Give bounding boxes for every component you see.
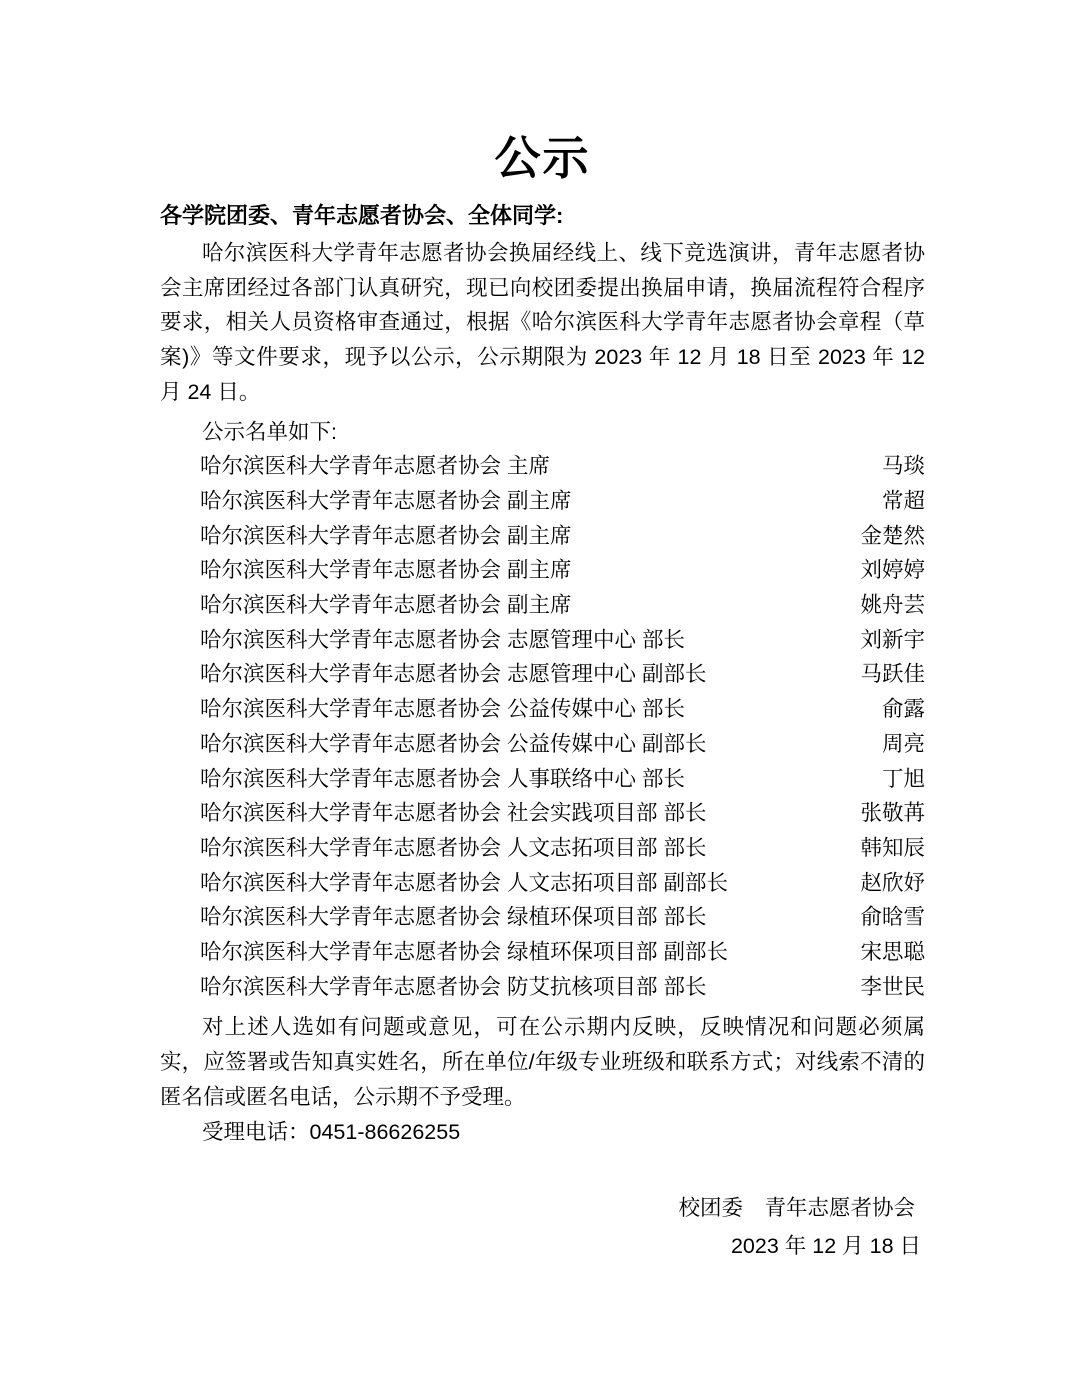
roster-row: 哈尔滨医科大学青年志愿者协会 公益传媒中心 部长 俞露	[160, 692, 925, 727]
roster-name: 宋思聪	[860, 935, 925, 970]
roster-row: 哈尔滨医科大学青年志愿者协会 防艾抗核项目部 部长 李世民	[160, 970, 925, 1005]
roster-name: 赵欣妤	[860, 866, 925, 901]
roster-position: 哈尔滨医科大学青年志愿者协会 社会实践项目部 部长	[200, 796, 706, 831]
feedback-paragraph: 对上述人选如有问题或意见，可在公示期内反映，反映情况和问题必须属实，应签署或告知…	[160, 1010, 925, 1114]
roster-position: 哈尔滨医科大学青年志愿者协会 副主席	[200, 519, 571, 554]
roster-name: 俞露	[882, 692, 925, 727]
roster-position: 哈尔滨医科大学青年志愿者协会 公益传媒中心 副部长	[200, 727, 706, 762]
roster-position: 哈尔滨医科大学青年志愿者协会 人文志拓项目部 部长	[200, 831, 706, 866]
roster-list: 哈尔滨医科大学青年志愿者协会 主席 马琰 哈尔滨医科大学青年志愿者协会 副主席 …	[160, 449, 925, 1004]
salutation: 各学院团委、青年志愿者协会、全体同学:	[160, 202, 925, 230]
roster-name: 周亮	[882, 727, 925, 762]
roster-position: 哈尔滨医科大学青年志愿者协会 主席	[200, 449, 550, 484]
intro-paragraph: 哈尔滨医科大学青年志愿者协会换届经线上、线下竞选演讲，青年志愿者协会主席团经过各…	[160, 236, 925, 410]
roster-position: 哈尔滨医科大学青年志愿者协会 副主席	[200, 588, 571, 623]
announcement-document: 公示 各学院团委、青年志愿者协会、全体同学: 哈尔滨医科大学青年志愿者协会换届经…	[0, 0, 1080, 1384]
roster-row: 哈尔滨医科大学青年志愿者协会 副主席 姚舟芸	[160, 588, 925, 623]
roster-position: 哈尔滨医科大学青年志愿者协会 绿植环保项目部 部长	[200, 900, 706, 935]
roster-name: 常超	[882, 484, 925, 519]
roster-row: 哈尔滨医科大学青年志愿者协会 绿植环保项目部 部长 俞晗雪	[160, 900, 925, 935]
roster-name: 李世民	[860, 970, 925, 1005]
roster-row: 哈尔滨医科大学青年志愿者协会 绿植环保项目部 副部长 宋思聪	[160, 935, 925, 970]
roster-name: 姚舟芸	[860, 588, 925, 623]
roster-heading: 公示名单如下:	[160, 415, 925, 450]
roster-position: 哈尔滨医科大学青年志愿者协会 副主席	[200, 553, 571, 588]
phone-line: 受理电话：0451-86626255	[160, 1115, 925, 1150]
signature-date: 2023 年 12 月 18 日	[160, 1227, 925, 1265]
roster-position: 哈尔滨医科大学青年志愿者协会 副主席	[200, 484, 571, 519]
roster-row: 哈尔滨医科大学青年志愿者协会 公益传媒中心 副部长 周亮	[160, 727, 925, 762]
roster-row: 哈尔滨医科大学青年志愿者协会 社会实践项目部 部长 张敬苒	[160, 796, 925, 831]
roster-row: 哈尔滨医科大学青年志愿者协会 志愿管理中心 部长 刘新宇	[160, 623, 925, 658]
roster-position: 哈尔滨医科大学青年志愿者协会 人事联络中心 部长	[200, 762, 685, 797]
roster-name: 丁旭	[882, 762, 925, 797]
roster-name: 马琰	[882, 449, 925, 484]
roster-row: 哈尔滨医科大学青年志愿者协会 副主席 常超	[160, 484, 925, 519]
roster-position: 哈尔滨医科大学青年志愿者协会 志愿管理中心 部长	[200, 623, 685, 658]
roster-row: 哈尔滨医科大学青年志愿者协会 主席 马琰	[160, 449, 925, 484]
roster-name: 俞晗雪	[860, 900, 925, 935]
roster-name: 韩知辰	[860, 831, 925, 866]
roster-name: 张敬苒	[860, 796, 925, 831]
roster-position: 哈尔滨医科大学青年志愿者协会 绿植环保项目部 副部长	[200, 935, 728, 970]
roster-name: 刘新宇	[860, 623, 925, 658]
roster-position: 哈尔滨医科大学青年志愿者协会 防艾抗核项目部 部长	[200, 970, 706, 1005]
signature-org: 校团委 青年志愿者协会	[160, 1189, 925, 1227]
roster-position: 哈尔滨医科大学青年志愿者协会 人文志拓项目部 副部长	[200, 866, 728, 901]
roster-row: 哈尔滨医科大学青年志愿者协会 人事联络中心 部长 丁旭	[160, 762, 925, 797]
roster-row: 哈尔滨医科大学青年志愿者协会 人文志拓项目部 部长 韩知辰	[160, 831, 925, 866]
roster-position: 哈尔滨医科大学青年志愿者协会 公益传媒中心 部长	[200, 692, 685, 727]
signature-block: 校团委 青年志愿者协会 2023 年 12 月 18 日	[160, 1189, 925, 1265]
roster-name: 金楚然	[860, 519, 925, 554]
roster-row: 哈尔滨医科大学青年志愿者协会 志愿管理中心 副部长 马跃佳	[160, 657, 925, 692]
roster-name: 马跃佳	[860, 657, 925, 692]
roster-row: 哈尔滨医科大学青年志愿者协会 人文志拓项目部 副部长 赵欣妤	[160, 866, 925, 901]
roster-row: 哈尔滨医科大学青年志愿者协会 副主席 刘婷婷	[160, 553, 925, 588]
page-title: 公示	[160, 130, 925, 186]
document-content: 公示 各学院团委、青年志愿者协会、全体同学: 哈尔滨医科大学青年志愿者协会换届经…	[160, 130, 925, 1265]
roster-position: 哈尔滨医科大学青年志愿者协会 志愿管理中心 副部长	[200, 657, 706, 692]
roster-name: 刘婷婷	[860, 553, 925, 588]
roster-row: 哈尔滨医科大学青年志愿者协会 副主席 金楚然	[160, 519, 925, 554]
